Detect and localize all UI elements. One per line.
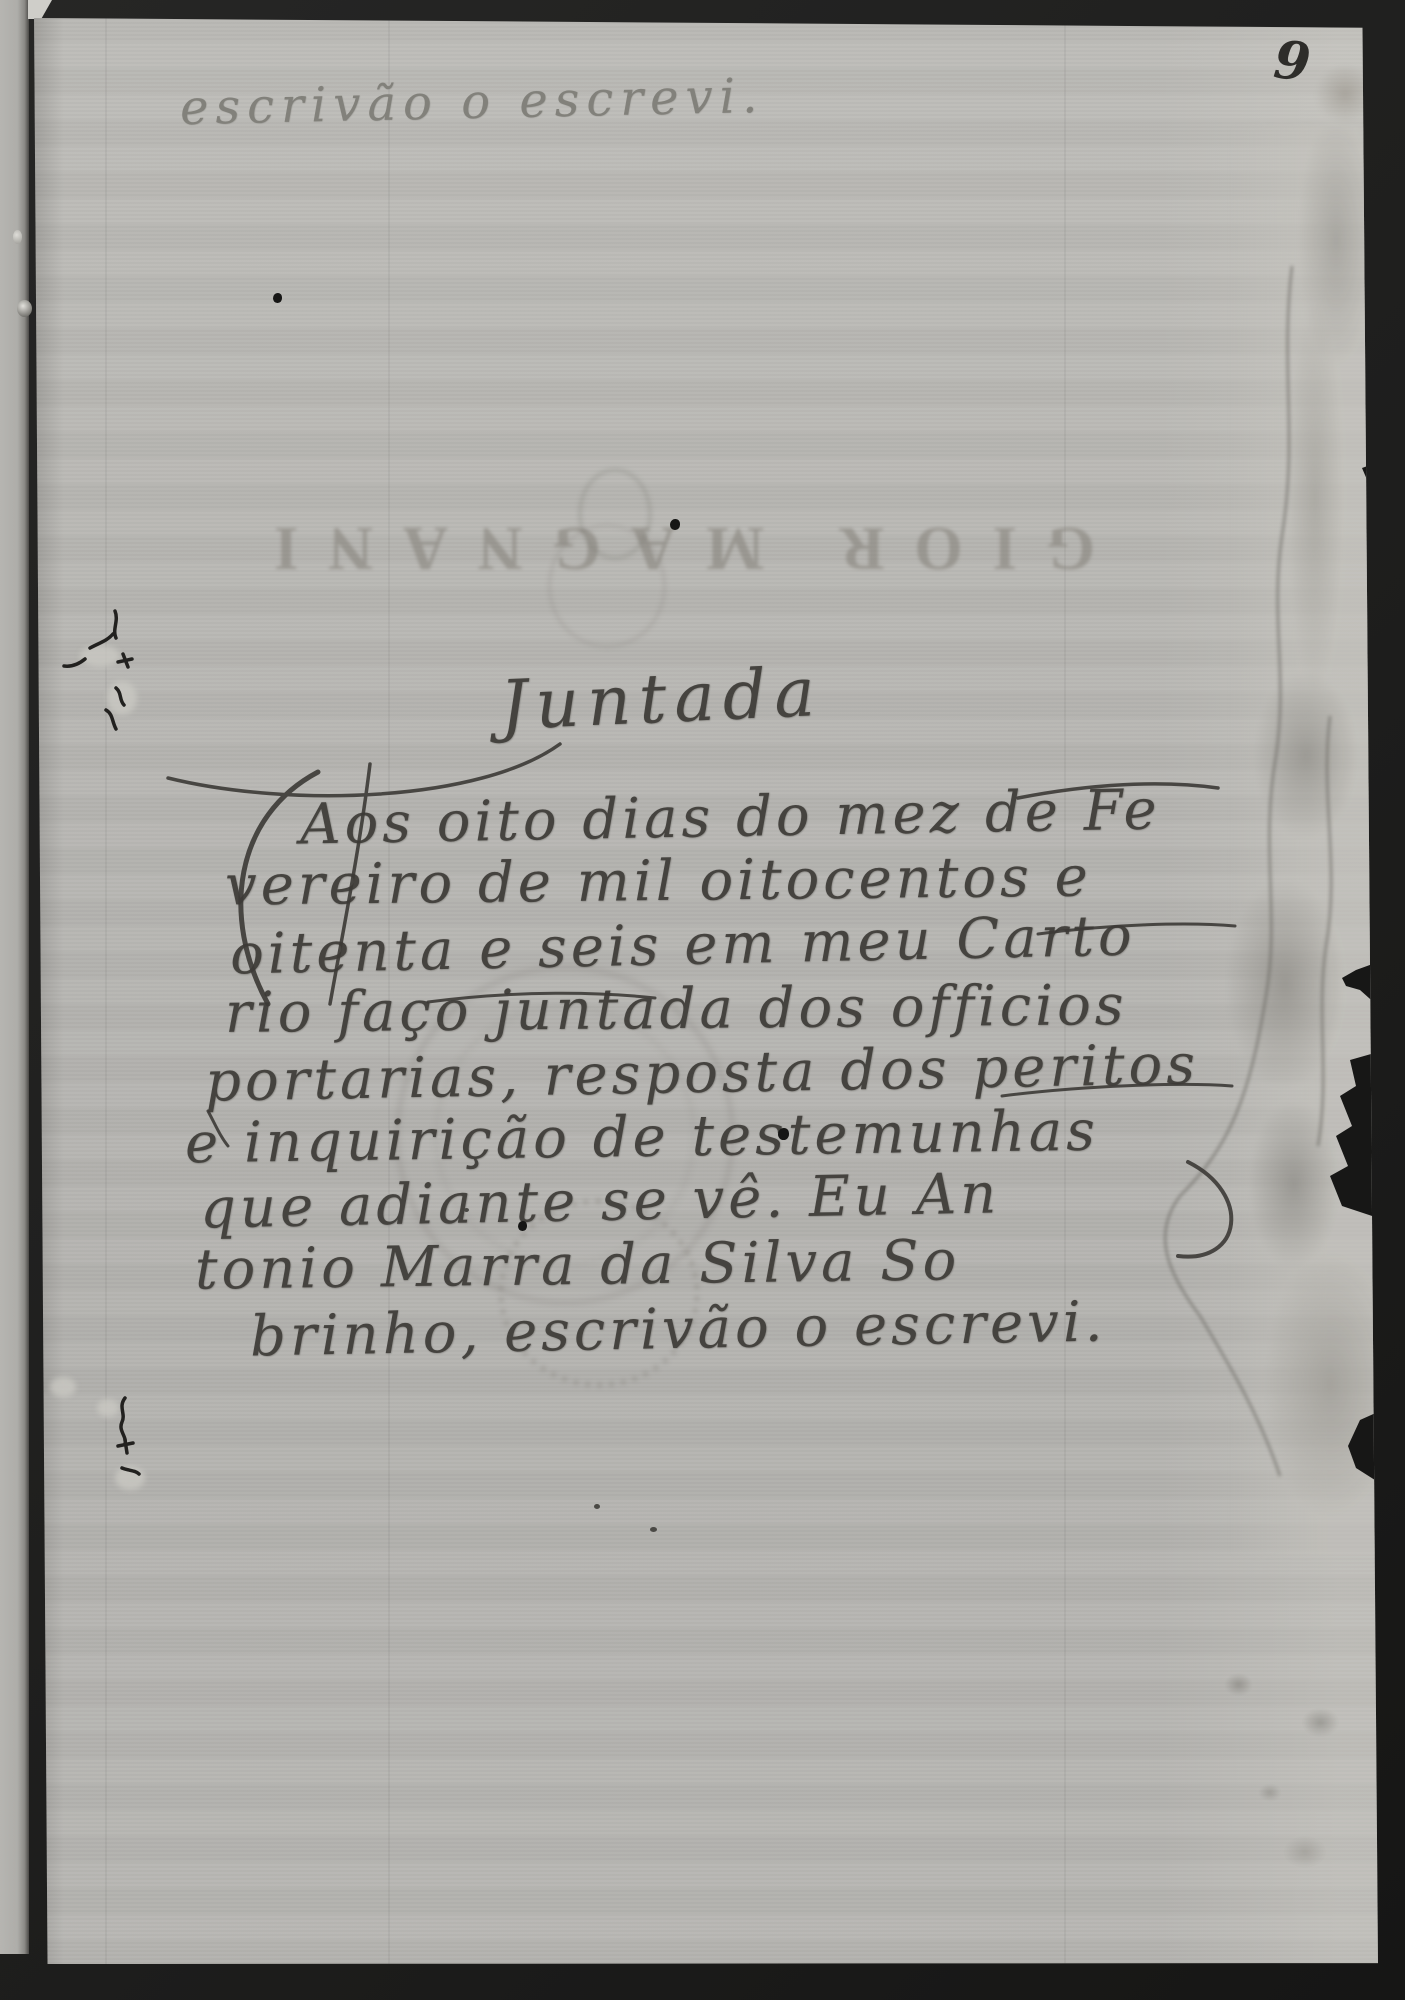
scan-viewport: GIOR MAGNANI 9 escrivão o escrevi. Junta…	[0, 0, 1405, 2000]
manuscript-line-2: vereiro de mil oitocentos e	[225, 849, 1092, 914]
tear-halos	[50, 645, 145, 1490]
manuscript-line-9: brinho, escrivão o escrevi.	[250, 1295, 1107, 1366]
manuscript-line-1: Aos oito dias do mez de Fe	[300, 782, 1162, 853]
binding-grommet	[17, 300, 32, 317]
ink-speck	[464, 1208, 469, 1212]
ink-dot	[518, 1221, 527, 1231]
header-note: escrivão o escrevi.	[180, 72, 765, 132]
tear-marks	[64, 611, 139, 1474]
manuscript-page: GIOR MAGNANI 9 escrivão o escrevi. Junta…	[30, 16, 1378, 1966]
manuscript-line-3: oitenta e seis em meu Carto	[230, 909, 1137, 984]
foxing-stains	[1180, 1636, 1375, 1906]
underlying-page-corner	[28, 0, 52, 19]
corner-stain	[1315, 64, 1375, 124]
ink-dot	[778, 1128, 789, 1140]
manuscript-line-7: que adiante se vê. Eu An	[200, 1166, 1001, 1237]
manuscript-line-8: tonio Marra da Silva So	[195, 1233, 961, 1298]
fold-line	[105, 16, 107, 1966]
watermark-showthrough: GIOR MAGNANI	[295, 512, 1095, 583]
document-title: Juntada	[499, 659, 824, 741]
seal-ghost	[548, 524, 666, 648]
manuscript-line-4: rio faço juntada dos officios	[225, 978, 1128, 1042]
ink-speck	[594, 1504, 600, 1509]
ink-dot	[273, 293, 282, 303]
page-number: 9	[1271, 34, 1312, 89]
paper-glint	[13, 230, 22, 244]
ink-dot	[670, 519, 680, 530]
underlying-page-edge	[0, 0, 29, 1954]
ink-speck	[650, 1527, 657, 1532]
water-stain-band	[1228, 126, 1378, 1556]
